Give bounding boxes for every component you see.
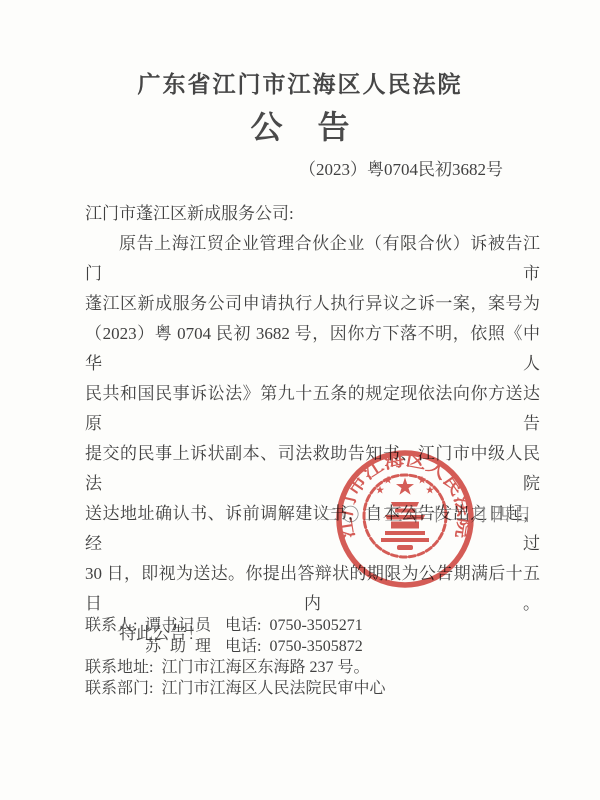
phone-number: 0750-3505872 [269,638,362,655]
contact-person-name: 苏助理 [145,636,211,657]
phone-number: 0750-3505271 [269,617,362,634]
announcement-body: 江门市蓬江区新成服务公司: 原告上海江贸企业管理合伙企业（有限合伙）诉被告江门市… [0,199,600,649]
emblem-gate-roof [391,502,419,507]
court-name: 广东省江门市江海区人民法院 [0,0,600,100]
announcement-title: 公告 [0,109,600,146]
contact-department-row: 联系部门:江门市江海区人民法院民审中心 [85,678,385,699]
contact-person-row-2: 苏助理电话:0750-3505872 [85,636,385,657]
emblem-gear [397,545,413,550]
contact-address-label: 联系地址: [85,657,153,678]
contact-department: 江门市江海区人民法院民审中心 [161,680,385,697]
paragraph-line: 民共和国民事诉讼法》第九十五条的规定现依法向你方送达原告 [85,379,540,439]
paragraph-line: 原告上海江贸企业管理合伙企业（有限合伙）诉被告江门市 [85,229,540,289]
paragraph-line: （2023）粤 0704 民初 3682 号，因你方下落不明，依照《中华人 [85,319,540,379]
contact-person-name: 谭书记员 [145,615,211,636]
emblem-gate-upper [395,509,415,513]
emblem-gate-wall [391,522,419,529]
contact-address-row: 联系地址:江门市江海区东海路 237 号。 [85,657,385,678]
contact-person-row-1: 联系人:谭书记员电话:0750-3505271 [85,615,385,636]
contact-block: 联系人:谭书记员电话:0750-3505271 苏助理电话:0750-35058… [85,615,385,699]
court-announcement-document: 广东省江门市江海区人民法院 公告 （2023）粤0704民初3682号 江门市蓬… [0,0,600,800]
addressee-line: 江门市蓬江区新成服务公司: [85,199,540,229]
emblem-big-star-icon [396,478,414,495]
contact-person-label: 联系人: [85,615,145,636]
emblem-gate-roof2 [385,515,425,520]
seal-emblem: 江门市江海区人民法院 [335,449,474,550]
paragraph-line: 蓬江区新成服务公司申请执行人执行异议之诉一案，案号为 [85,289,540,319]
emblem-gate-base [381,538,429,542]
emblem-gate-platform [385,531,425,535]
seal-graphic: 江门市江海区人民法院 [325,439,485,599]
official-seal: 江门市江海区人民法院 [325,439,485,599]
contact-address: 江门市江海区东海路 237 号。 [161,659,369,676]
phone-label: 电话: [225,617,261,634]
contact-department-label: 联系部门: [85,678,153,699]
case-number: （2023）粤0704民初3682号 [0,159,600,181]
phone-label: 电话: [225,638,261,655]
